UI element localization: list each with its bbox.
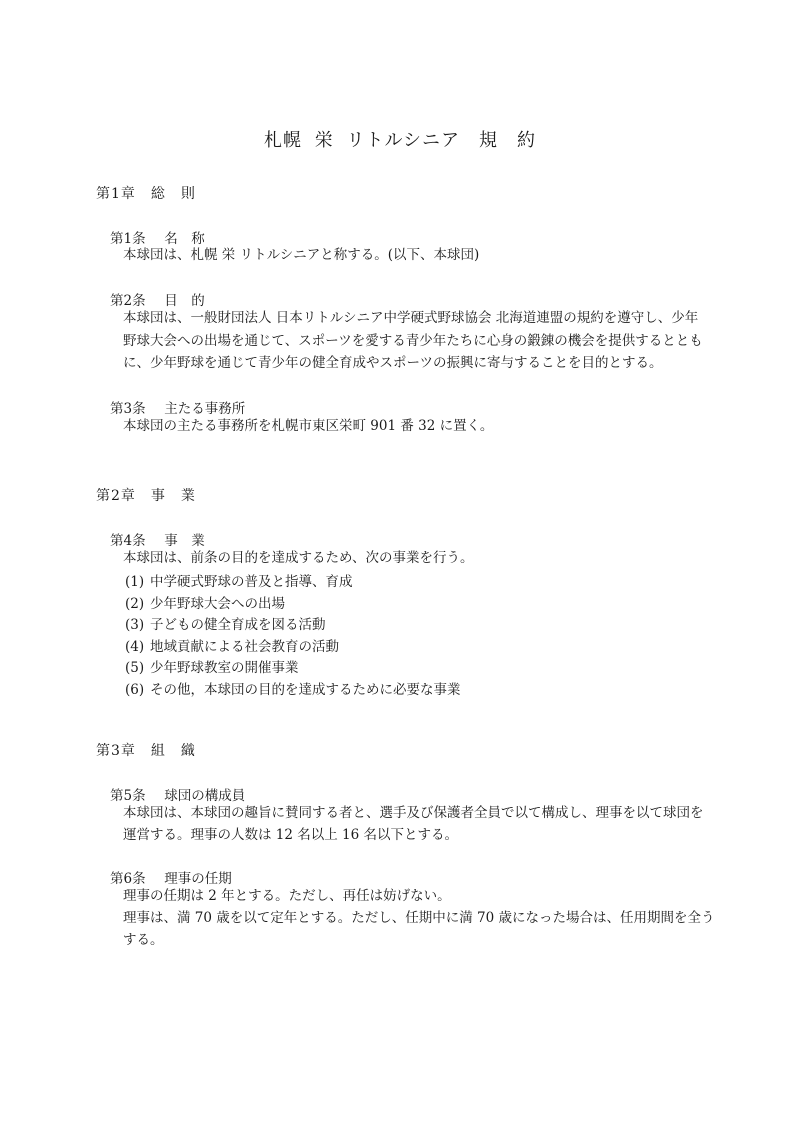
list-item: (6)その他，本球団の目的を達成するために必要な事業 xyxy=(125,678,461,698)
list-item-text: その他，本球団の目的を達成するために必要な事業 xyxy=(150,682,461,698)
list-item-text: 少年野球大会への出場 xyxy=(150,596,285,612)
article-5-heading: 第5条 球団の構成員 xyxy=(110,784,245,804)
list-item-text: 中学硬式野球の普及と指導、育成 xyxy=(150,574,353,590)
article-number: 第3条 xyxy=(110,397,160,417)
article-6-text-line-3: する。 xyxy=(123,930,164,950)
list-marker: (2) xyxy=(125,596,150,612)
list-marker: (5) xyxy=(125,660,150,676)
list-marker: (4) xyxy=(125,639,150,655)
article-title: 主たる事務所 xyxy=(164,401,245,417)
article-2-text-line-3: に、少年野球を通じて青少年の健全育成やスポーツの振興に寄与することを目的とする。 xyxy=(123,353,662,373)
article-3-heading: 第3条 主たる事務所 xyxy=(110,397,245,417)
article-number: 第4条 xyxy=(110,529,160,549)
article-1-text: 本球団は、札幌 栄 リトルシニアと称する。(以下、本球団) xyxy=(123,245,479,265)
article-6-heading: 第6条 理事の任期 xyxy=(110,867,232,887)
list-item: (4)地域貢献による社会教育の活動 xyxy=(125,635,339,655)
article-title: 目 的 xyxy=(164,293,205,309)
list-item-text: 子どもの健全育成を図る活動 xyxy=(150,617,326,633)
list-item-text: 少年野球教室の開催事業 xyxy=(150,660,299,676)
list-item: (2)少年野球大会への出場 xyxy=(125,592,285,612)
article-6-text-line-1: 理事の任期は 2 年とする。ただし、再任は妨げない。 xyxy=(123,886,451,906)
article-1-heading: 第1条 名 称 xyxy=(110,227,205,247)
article-title: 理事の任期 xyxy=(164,871,232,887)
article-number: 第2条 xyxy=(110,289,160,309)
article-4-text: 本球団は、前条の目的を達成するため、次の事業を行う。 xyxy=(123,548,473,568)
article-6-text-line-2: 理事は、満 70 歳を以て定年とする。ただし、任期中に満 70 歳になった場合は… xyxy=(123,908,715,928)
chapter-2-heading: 第2章 事 業 xyxy=(96,485,196,505)
article-4-heading: 第4条 事 業 xyxy=(110,529,205,549)
list-item: (1)中学硬式野球の普及と指導、育成 xyxy=(125,570,353,590)
chapter-1-heading: 第1章 総 則 xyxy=(96,183,196,203)
article-2-text-line-1: 本球団は、一般財団法人 日本リトルシニア中学硬式野球協会 北海道連盟の規約を遵守… xyxy=(123,308,698,328)
article-3-text: 本球団の主たる事務所を札幌市東区栄町 901 番 32 に置く。 xyxy=(123,416,493,436)
document-title: 札幌 栄 リトルシニア 規 約 xyxy=(0,126,800,152)
list-marker: (1) xyxy=(125,574,150,590)
article-number: 第1条 xyxy=(110,227,160,247)
article-title: 球団の構成員 xyxy=(164,788,245,804)
list-marker: (3) xyxy=(125,617,150,633)
list-item: (3)子どもの健全育成を図る活動 xyxy=(125,613,326,633)
chapter-3-heading: 第3章 組 織 xyxy=(96,740,196,760)
article-2-text-line-2: 野球大会への出場を通じて、スポーツを愛する青少年たちに心身の鍛錬の機会を提供する… xyxy=(123,331,703,351)
article-5-text-line-1: 本球団は、本球団の趣旨に賛同する者と、選手及び保護者全員で以て構成し、理事を以て… xyxy=(123,803,704,823)
article-number: 第6条 xyxy=(110,867,160,887)
article-title: 事 業 xyxy=(164,533,205,549)
list-marker: (6) xyxy=(125,682,150,698)
list-item-text: 地域貢献による社会教育の活動 xyxy=(150,639,339,655)
article-2-heading: 第2条 目 的 xyxy=(110,289,205,309)
article-5-text-line-2: 運営する。理事の人数は 12 名以上 16 名以下とする。 xyxy=(123,825,458,845)
document-page: 札幌 栄 リトルシニア 規 約 第1章 総 則 第1条 名 称 本球団は、札幌 … xyxy=(0,0,800,1131)
article-number: 第5条 xyxy=(110,784,160,804)
list-item: (5)少年野球教室の開催事業 xyxy=(125,656,299,676)
